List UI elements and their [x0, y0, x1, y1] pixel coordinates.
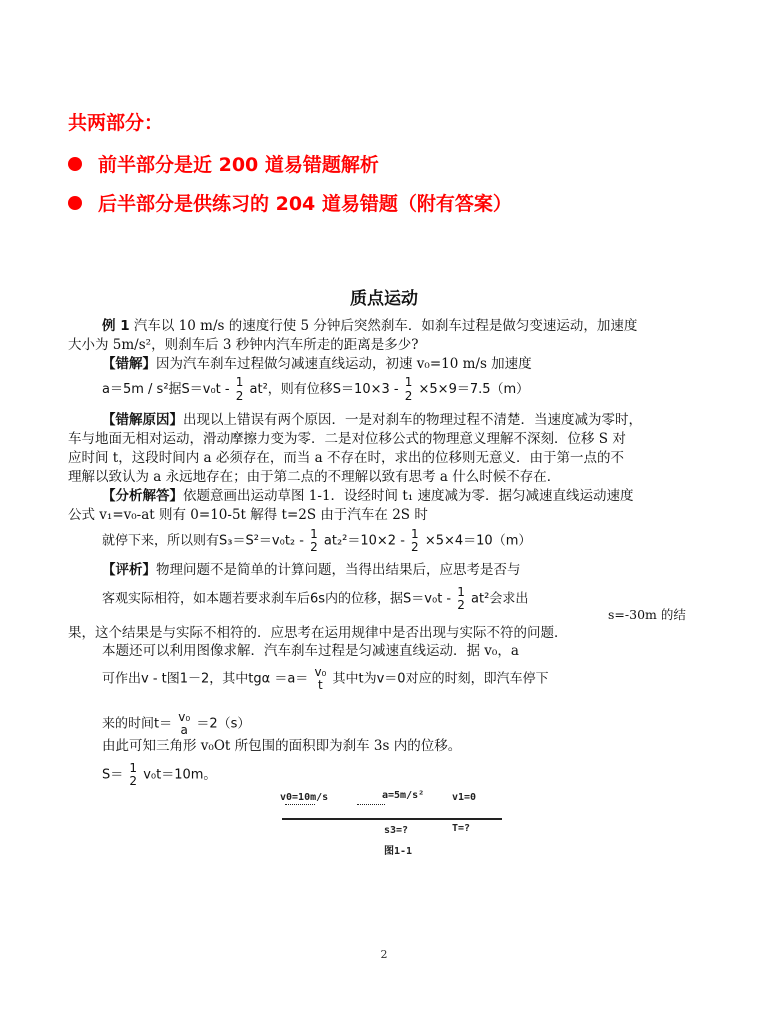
formula-part: 其中t为v＝0对应的时刻，即汽车停下: [333, 672, 549, 687]
wrong-solution-formula: a＝5m / s²据S＝v₀t - 12 at²，则有位移S＝10×3 - 12…: [102, 376, 529, 403]
comment-line-5: 可作出v - t图1－2，其中tgα ＝a＝ v₀t 其中t为v＝0对应的时刻，…: [102, 666, 549, 692]
example-question-1: 汽车以 10 m/s 的速度行使 5 分钟后突然刹车．如刹车过程是做匀变速运动，…: [134, 318, 638, 334]
formula-part: v₀t＝10m。: [143, 768, 216, 783]
motion-line: [282, 818, 502, 820]
wrong-reason-line-3: 应时间 t，这段时间内 a 必须存在，而当 a 不存在时，求出的位移则无意义．由…: [68, 449, 624, 468]
arrow-right-icon: [285, 804, 315, 805]
formula-part: 来的时间t＝: [102, 717, 172, 732]
arrow-left-icon: [357, 804, 385, 805]
wrong-reason-line-2: 车与地面无相对运动，滑动摩擦力变为零．二是对位移公式的物理意义理解不深刻．位移 …: [68, 430, 626, 449]
frac-num: 1: [405, 376, 413, 390]
fraction: 12: [411, 528, 419, 554]
formula-part: 可作出v - t图1－2，其中tgα ＝a＝: [102, 672, 308, 687]
fraction: 12: [405, 376, 413, 403]
figure-v1-label: v1=0: [452, 792, 476, 803]
comment-line-8: S＝ 12 v₀t＝10m。: [102, 762, 216, 788]
fraction: 12: [129, 762, 137, 788]
fraction: v₀a: [178, 711, 190, 737]
formula-part: at₂²＝10×2 -: [324, 534, 405, 549]
wrong-solution-text: 因为汽车刹车过程做匀减速直线运动，初速 v₀=10 m/s 加速度: [156, 356, 532, 372]
bullet-text-1: 前半部分是近 200 道易错题解析: [98, 154, 379, 176]
comment-line-3: 果，这个结果是与实际不相符的．应思考在运用规律中是否出现与实际不符的问题．: [68, 624, 568, 643]
bullet-text-2: 后半部分是供练习的 204 道易错题（附有答案）: [98, 193, 512, 215]
section-title: 质点运动: [0, 284, 768, 309]
figure-caption: 图1-1: [384, 842, 412, 857]
motion-diagram: v0=10m/s a=5m/s² v1=0 s3=? T=? 图1-1: [280, 790, 510, 860]
frac-den: 2: [236, 390, 244, 403]
figure-s3-label: s3=?: [384, 825, 408, 836]
figure-t-label: T=?: [452, 823, 470, 834]
frac-den: t: [314, 679, 326, 692]
comment-line-2c: s=-30m 的结: [608, 605, 686, 624]
wrong-reason-label: 【错解原因】: [102, 412, 183, 428]
bullet-item-2: 后半部分是供练习的 204 道易错题（附有答案）: [68, 189, 512, 216]
formula-part: at²，则有位移S＝10×3 -: [250, 382, 399, 397]
bullet-dot-icon: [68, 157, 82, 171]
comment-line-1: 【评析】物理问题不是简单的计算问题，当得出结果后，应思考是否与: [102, 561, 521, 580]
analysis-line-1: 【分析解答】依题意画出运动草图 1-1．设经时间 t₁ 速度减为零．据匀减速直线…: [102, 487, 633, 506]
comment-text: 物理问题不是简单的计算问题，当得出结果后，应思考是否与: [156, 562, 521, 578]
fraction: 12: [236, 376, 244, 403]
formula-part: at²会求出: [471, 592, 528, 607]
frac-den: 2: [310, 541, 318, 554]
formula-part: 就停下来，所以则有S₃＝S²＝v₀t₂ -: [102, 534, 304, 549]
comment-line-7: 由此可知三角形 v₀Ot 所包围的面积即为刹车 3s 内的位移。: [102, 737, 461, 756]
frac-num: 1: [236, 376, 244, 390]
comment-label: 【评析】: [102, 562, 156, 578]
example-line-1: 例 1 汽车以 10 m/s 的速度行使 5 分钟后突然刹车．如刹车过程是做匀变…: [102, 317, 637, 336]
wrong-reason-line-1: 【错解原因】出现以上错误有两个原因．一是对刹车的物理过程不清楚．当速度减为零时，: [102, 411, 642, 430]
comment-line-2: 客观实际相符，如本题若要求刹车后6s内的位移，据S＝v₀t - 12 at²会求…: [102, 586, 528, 612]
bullet-item-1: 前半部分是近 200 道易错题解析: [68, 150, 379, 177]
figure-a-label: a=5m/s²: [382, 790, 424, 801]
fraction: 12: [310, 528, 318, 554]
formula-part: ＝2（s）: [196, 717, 250, 732]
comment-line-4: 本题还可以利用图像求解．汽车刹车过程是匀减速直线运动．据 v₀，a: [102, 642, 519, 661]
formula-part: ×5×4＝10（m）: [425, 534, 532, 549]
formula-part: 客观实际相符，如本题若要求刹车后6s内的位移，据S＝v₀t -: [102, 592, 451, 607]
frac-den: 2: [411, 541, 419, 554]
formula-part: a＝5m / s²据S＝v₀t -: [102, 382, 230, 397]
analysis-label: 【分析解答】: [102, 488, 183, 504]
analysis-line-2: 公式 v₁=v₀-at 则有 0=10-5t 解得 t=2S 由于汽车在 2S …: [68, 506, 428, 525]
figure-v0-label: v0=10m/s: [280, 792, 328, 803]
example-label: 例 1: [102, 318, 130, 334]
frac-den: 2: [457, 599, 465, 612]
example-question-2: 大小为 5m/s²，则刹车后 3 秒钟内汽车所走的距离是多少?: [68, 336, 418, 355]
intro-heading: 共两部分：: [68, 108, 163, 135]
wrong-solution-label: 【错解】: [102, 356, 156, 372]
bullet-dot-icon: [68, 196, 82, 210]
page-number: 2: [0, 948, 768, 961]
wrong-reason-text: 出现以上错误有两个原因．一是对刹车的物理过程不清楚．当速度减为零时，: [183, 412, 642, 428]
analysis-text: 依题意画出运动草图 1-1．设经时间 t₁ 速度减为零．据匀减速直线运动速度: [183, 488, 633, 504]
wrong-reason-line-4: 理解以致认为 a 永远地存在；由于第二点的不理解以致有思考 a 什么时候不存在．: [68, 468, 560, 487]
fraction: 12: [457, 586, 465, 612]
analysis-formula: 就停下来，所以则有S₃＝S²＝v₀t₂ - 12 at₂²＝10×2 - 12 …: [102, 528, 531, 554]
wrong-solution-line-1: 【错解】因为汽车刹车过程做匀减速直线运动，初速 v₀=10 m/s 加速度: [102, 355, 532, 374]
formula-part: ×5×9＝7.5（m）: [419, 382, 530, 397]
frac-den: 2: [405, 390, 413, 403]
formula-part: S＝: [102, 768, 123, 783]
frac-den: 2: [129, 775, 137, 788]
comment-line-6: 来的时间t＝ v₀a ＝2（s）: [102, 711, 250, 737]
fraction: v₀t: [314, 666, 326, 692]
frac-den: a: [178, 724, 190, 737]
